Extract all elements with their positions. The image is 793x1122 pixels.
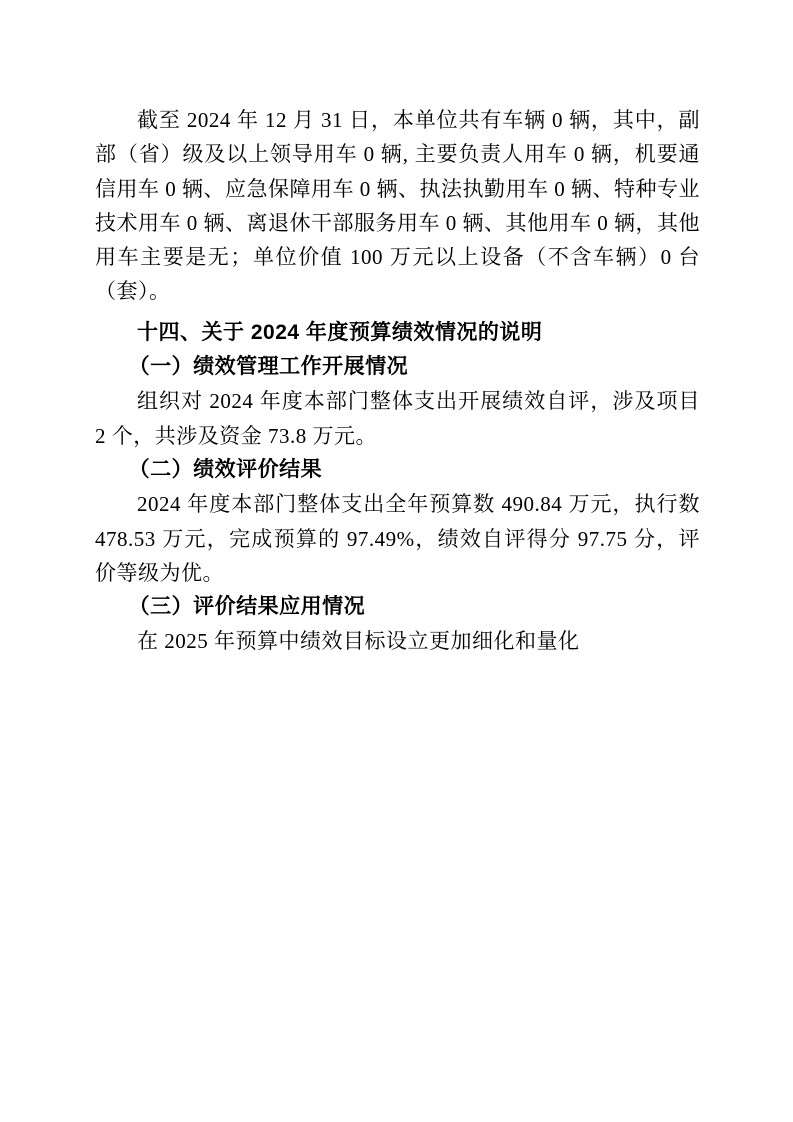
document-page: 截至 2024 年 12 月 31 日，本单位共有车辆 0 辆，其中，副部（省）… [0,0,793,1122]
sub-heading-evaluation-results: （二）绩效评价结果 [95,453,700,487]
sub-heading-performance-management: （一）绩效管理工作开展情况 [95,350,700,384]
paragraph-evaluation-results: 2024 年度本部门整体支出全年预算数 490.84 万元，执行数 478.53… [95,487,700,590]
sub-heading-results-application: （三）评价结果应用情况 [95,590,700,624]
paragraph-vehicles-summary: 截至 2024 年 12 月 31 日，本单位共有车辆 0 辆，其中，副部（省）… [95,103,700,309]
paragraph-performance-management: 组织对 2024 年度本部门整体支出开展绩效自评，涉及项目 2 个，共涉及资金 … [95,384,700,453]
section-heading-14: 十四、关于 2024 年度预算绩效情况的说明 [95,316,700,350]
document-content: 截至 2024 年 12 月 31 日，本单位共有车辆 0 辆，其中，副部（省）… [95,103,700,659]
paragraph-results-application: 在 2025 年预算中绩效目标设立更加细化和量化 [95,624,700,658]
